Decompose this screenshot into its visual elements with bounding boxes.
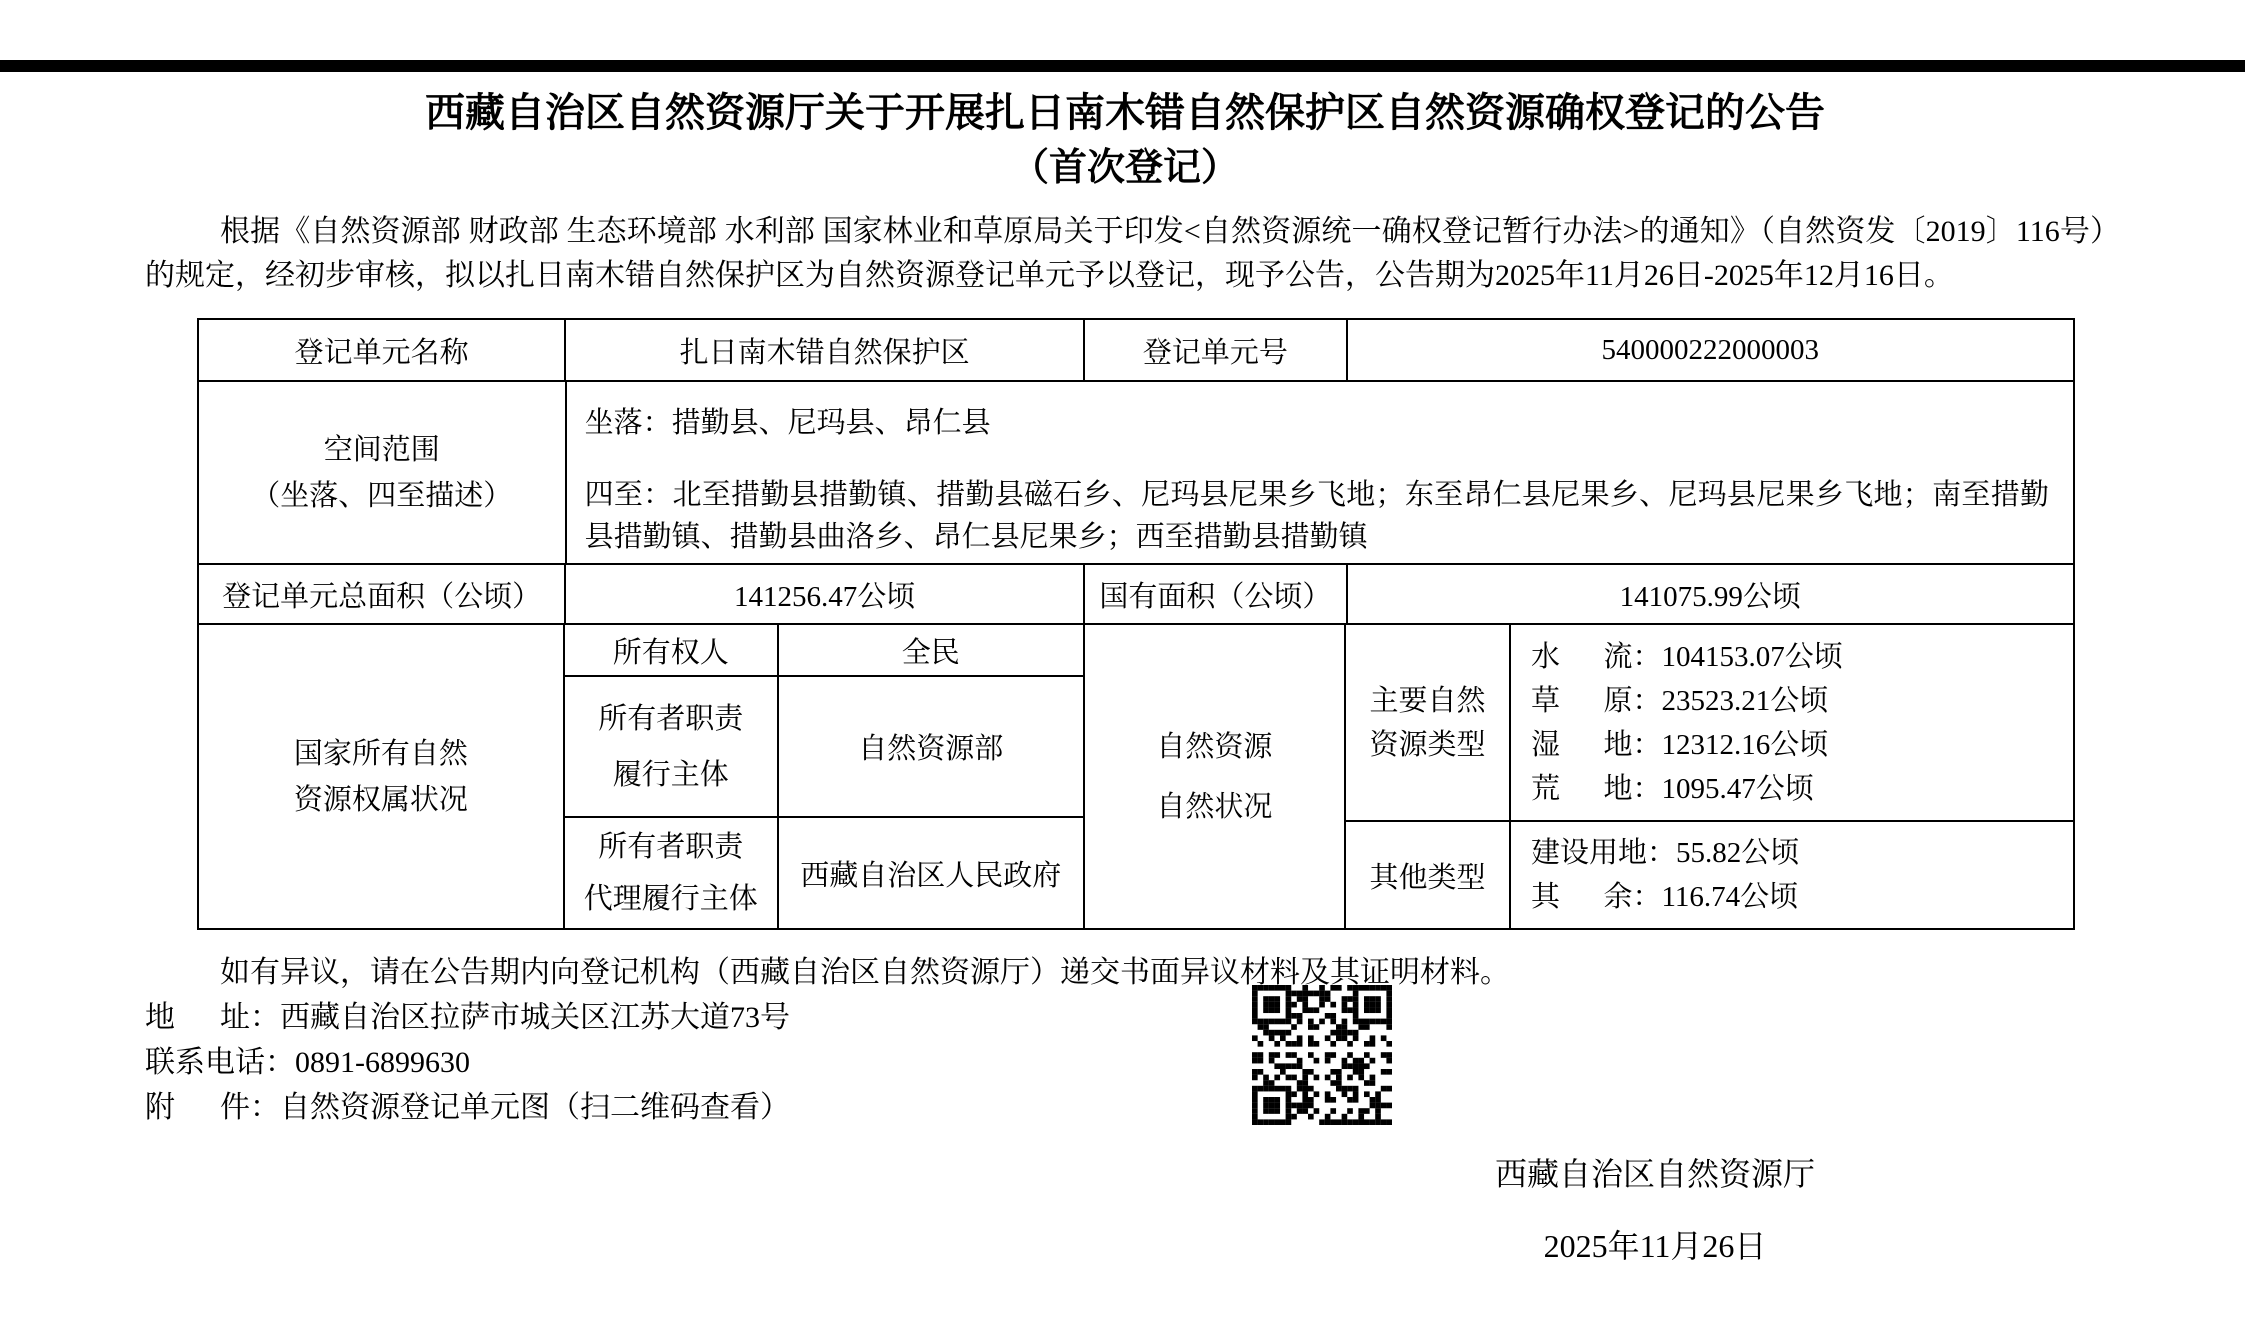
signature-date: 2025年11月26日: [1335, 1226, 1975, 1266]
page-title: 西藏自治区自然资源厅关于开展扎日南木错自然保护区自然资源确权登记的公告: [145, 88, 2105, 138]
document-content: 西藏自治区自然资源厅关于开展扎日南木错自然保护区自然资源确权登记的公告 （首次登…: [0, 0, 2245, 1266]
qr-code-image: [1252, 985, 1392, 1125]
spatial-range-label-line2: （坐落、四至描述）: [251, 473, 512, 519]
resource-line-wasteland: 荒 地：1095.47公顷: [1531, 767, 1814, 811]
spatial-range-label-line1: 空间范围: [324, 427, 440, 473]
phone-line: 联系电话：0891-6899630: [145, 1040, 2105, 1085]
agent-label: 所有者职责 代理履行主体: [565, 818, 779, 928]
total-area-label: 登记单元总面积（公顷）: [199, 565, 566, 625]
resource-line-remainder: 其 余：116.74公顷: [1531, 875, 1798, 919]
resource-line-wetland: 湿 地：12312.16公顷: [1531, 723, 1828, 767]
natural-status-label: 自然资源 自然状况: [1085, 625, 1346, 928]
location-text: 坐落：措勤县、尼玛县、昂仁县: [585, 406, 2049, 440]
intro-paragraph: 根据《自然资源部 财政部 生态环境部 水利部 国家林业和草原局关于印发<自然资源…: [145, 210, 2105, 298]
table-row-unit: 登记单元名称 扎日南木错自然保护区 登记单元号 540000222000003: [199, 320, 2073, 382]
owner-value: 全民: [779, 625, 1083, 677]
resource-types-subtable: 主要自然 资源类型 水 流：104153.07公顷 草 原：23523.21公顷…: [1346, 625, 2073, 928]
spatial-range-value: 坐落：措勤县、尼玛县、昂仁县 四至：北至措勤县措勤镇、措勤县磁石乡、尼玛县尼果乡…: [567, 382, 2073, 565]
unit-name-value: 扎日南木错自然保护区: [566, 320, 1085, 382]
main-types-label: 主要自然 资源类型: [1346, 625, 1511, 822]
objection-note: 如有异议，请在公告期内向登记机构（西藏自治区自然资源厅）递交书面异议材料及其证明…: [145, 950, 2105, 995]
natural-status-label-line2: 自然状况: [1156, 777, 1272, 837]
ownership-label-line2: 资源权属状况: [294, 777, 468, 823]
owner-row: 所有权人 全民: [565, 625, 1083, 677]
owner-label: 所有权人: [565, 625, 779, 677]
ownership-section-label: 国家所有自然 资源权属状况: [199, 625, 565, 928]
registration-table: 登记单元名称 扎日南木错自然保护区 登记单元号 540000222000003 …: [197, 318, 2075, 930]
attachment-line: 附 件：自然资源登记单元图（扫二维码查看）: [145, 1085, 2105, 1130]
ownership-subtable: 所有权人 全民 所有者职责 履行主体 自然资源部 所有者职责 代理履行主体: [565, 625, 1085, 928]
spatial-range-label: 空间范围 （坐落、四至描述）: [199, 382, 567, 565]
duty-value: 自然资源部: [779, 677, 1083, 818]
main-types-values: 水 流：104153.07公顷 草 原：23523.21公顷 湿 地：12312…: [1511, 625, 2073, 822]
main-types-label-line1: 主要自然: [1369, 679, 1485, 723]
other-types-label: 其他类型: [1346, 822, 1511, 928]
table-row-spatial: 空间范围 （坐落、四至描述） 坐落：措勤县、尼玛县、昂仁县 四至：北至措勤县措勤…: [199, 382, 2073, 565]
total-area-value: 141256.47公顷: [566, 565, 1085, 625]
duty-label-line2: 履行主体: [613, 747, 729, 803]
resource-line-water: 水 流：104153.07公顷: [1531, 635, 1843, 679]
resource-line-construction: 建设用地：55.82公顷: [1531, 831, 1799, 875]
agent-row: 所有者职责 代理履行主体 西藏自治区人民政府: [565, 818, 1083, 928]
duty-label-line1: 所有者职责: [598, 691, 743, 747]
signature-block: 西藏自治区自然资源厅 2025年11月26日: [1335, 1154, 1975, 1266]
boundaries-text: 四至：北至措勤县措勤镇、措勤县磁石乡、尼玛县尼果乡飞地；东至昂仁县尼果乡、尼玛县…: [585, 474, 2049, 558]
main-types-label-line2: 资源类型: [1369, 723, 1485, 767]
duty-label: 所有者职责 履行主体: [565, 677, 779, 818]
other-types-values: 建设用地：55.82公顷 其 余：116.74公顷: [1511, 822, 2073, 928]
main-types-row: 主要自然 资源类型 水 流：104153.07公顷 草 原：23523.21公顷…: [1346, 625, 2073, 822]
unit-no-value: 540000222000003: [1348, 320, 2073, 382]
announcement-document: 西藏自治区自然资源厅关于开展扎日南木错自然保护区自然资源确权登记的公告 （首次登…: [0, 0, 2245, 1322]
agent-label-line2: 代理履行主体: [584, 873, 758, 925]
signature-org: 西藏自治区自然资源厅: [1335, 1154, 1975, 1194]
duty-row: 所有者职责 履行主体 自然资源部: [565, 677, 1083, 818]
top-divider: [0, 60, 2245, 72]
agent-label-line1: 所有者职责: [598, 821, 743, 873]
address-line: 地 址：西藏自治区拉萨市城关区江苏大道73号: [145, 995, 2105, 1040]
agent-value: 西藏自治区人民政府: [779, 818, 1083, 928]
resource-line-grassland: 草 原：23523.21公顷: [1531, 679, 1828, 723]
table-row-ownership-status: 国家所有自然 资源权属状况 所有权人 全民 所有者职责 履行主体 自然资源部: [199, 625, 2073, 928]
page-subtitle: （首次登记）: [145, 144, 2105, 192]
state-area-value: 141075.99公顷: [1348, 565, 2073, 625]
natural-status-label-line1: 自然资源: [1156, 717, 1272, 777]
footer: 如有异议，请在公告期内向登记机构（西藏自治区自然资源厅）递交书面异议材料及其证明…: [145, 950, 2105, 1266]
unit-name-label: 登记单元名称: [199, 320, 566, 382]
ownership-label-line1: 国家所有自然: [294, 731, 468, 777]
unit-no-label: 登记单元号: [1085, 320, 1347, 382]
state-area-label: 国有面积（公顷）: [1085, 565, 1347, 625]
other-types-row: 其他类型 建设用地：55.82公顷 其 余：116.74公顷: [1346, 822, 2073, 928]
table-row-area: 登记单元总面积（公顷） 141256.47公顷 国有面积（公顷） 141075.…: [199, 565, 2073, 625]
